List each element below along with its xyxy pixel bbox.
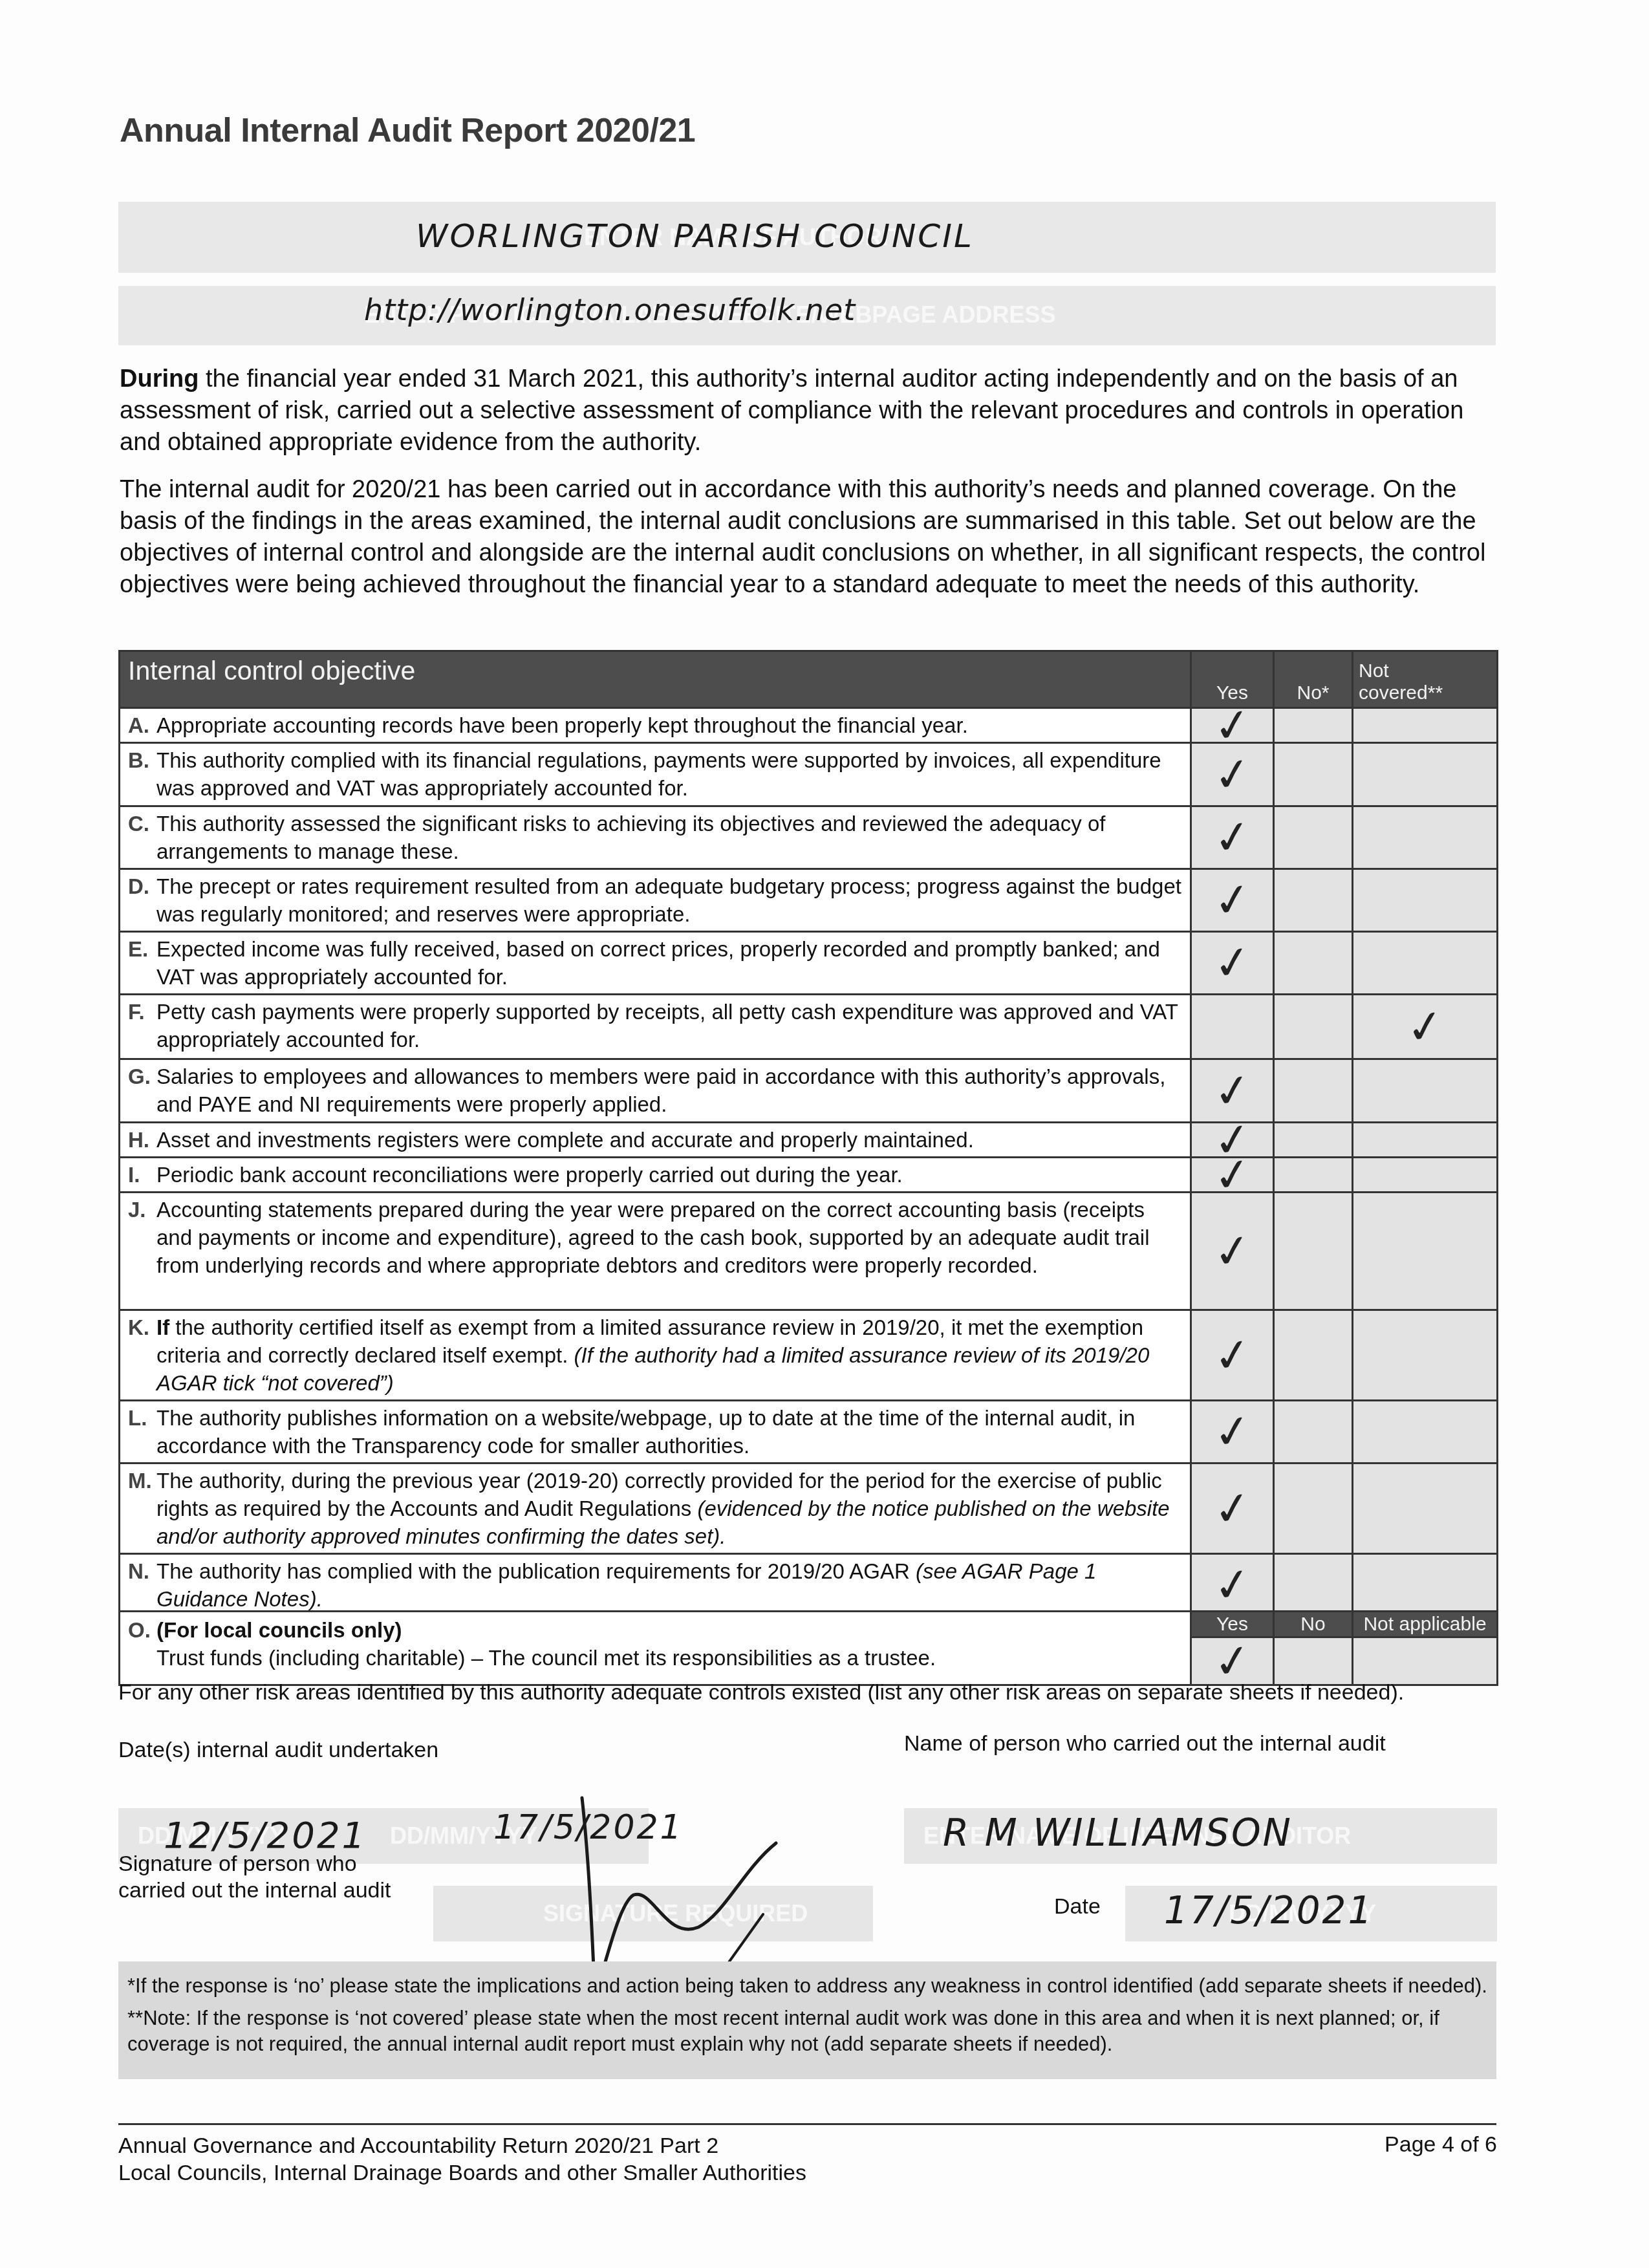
answer-not-covered-checkbox[interactable] [1353,743,1498,806]
objective-text: B.This authority complied with its finan… [120,743,1191,806]
objective-description: Appropriate accounting records have been… [156,711,1182,739]
table-row: E.Expected income was fully received, ba… [120,932,1498,995]
answer-no-checkbox[interactable] [1274,1310,1353,1401]
trust-funds-table: O. (For local councils only) Trust funds… [118,1610,1498,1686]
answer-not-covered-checkbox[interactable] [1353,1123,1498,1158]
answer-no-checkbox[interactable] [1274,743,1353,806]
answer-yes-checkbox[interactable]: ✓ [1191,708,1274,743]
objective-main-text: Periodic bank account reconciliations we… [156,1163,903,1187]
objective-letter: L. [128,1404,156,1460]
trust-header-yes: Yes [1191,1612,1274,1637]
answer-no-checkbox[interactable] [1274,1059,1353,1123]
objective-letter: N. [128,1557,156,1613]
checkmark-icon: ✓ [1211,1330,1255,1380]
objective-letter: M. [128,1467,156,1550]
checkmark-icon: ✓ [1211,1066,1255,1116]
answer-no-checkbox[interactable] [1274,869,1353,932]
answer-yes-checkbox[interactable]: ✓ [1191,1310,1274,1401]
objective-letter: H. [128,1126,156,1154]
trust-no-checkbox[interactable] [1274,1637,1353,1685]
signature-label-line1: Signature of person who [118,1851,391,1877]
answer-yes-checkbox[interactable]: ✓ [1191,1193,1274,1310]
trust-funds-objective: O. (For local councils only) Trust funds… [120,1612,1191,1685]
objective-text: K.If the authority certified itself as e… [120,1310,1191,1401]
page-number: Page 4 of 6 [1385,2132,1497,2157]
trust-funds-text: Trust funds (including charitable) – The… [128,1646,936,1670]
objective-text: M.The authority, during the previous yea… [120,1463,1191,1554]
objective-main-text: This authority assessed the significant … [156,812,1105,863]
table-row: C.This authority assessed the significan… [120,806,1498,869]
objective-description: Petty cash payments were properly suppor… [156,998,1182,1053]
objective-text: F.Petty cash payments were properly supp… [120,995,1191,1059]
answer-not-covered-checkbox[interactable]: ✓ [1353,995,1498,1059]
objective-description: This authority complied with its financi… [156,746,1182,802]
table-row: G.Salaries to employees and allowances t… [120,1059,1498,1123]
objective-description: If the authority certified itself as exe… [156,1313,1182,1397]
table-header-row: Internal control objective Yes No* Not c… [120,651,1498,708]
checkmark-icon: ✓ [1211,1484,1255,1533]
table-row: F.Petty cash payments were properly supp… [120,995,1498,1059]
objective-text: G.Salaries to employees and allowances t… [120,1059,1191,1123]
objective-description: Asset and investments registers were com… [156,1126,1182,1154]
answer-not-covered-checkbox[interactable] [1353,1158,1498,1193]
answer-yes-checkbox[interactable]: ✓ [1191,1158,1274,1193]
auditor-name-handwritten: R M WILLIAMSON [943,1811,1293,1855]
table-row: M.The authority, during the previous yea… [120,1463,1498,1554]
objective-description: Salaries to employees and allowances to … [156,1063,1182,1118]
authority-website-handwritten: http://worlington.onesuffolk.net [364,292,856,327]
objective-letter: C. [128,810,156,865]
answer-no-checkbox[interactable] [1274,1463,1353,1554]
header-not-covered: Not covered** [1353,651,1498,708]
answer-yes-checkbox[interactable]: ✓ [1191,806,1274,869]
table-row: J.Accounting statements prepared during … [120,1193,1498,1310]
checkmark-icon: ✓ [1211,1636,1255,1686]
checkmark-icon: ✓ [1211,1560,1255,1610]
objective-letter: F. [128,998,156,1053]
answer-yes-checkbox[interactable]: ✓ [1191,1401,1274,1463]
auditor-name-field[interactable]: ENTER NAME OF INTERNAL AUDITOR R M WILLI… [904,1808,1497,1864]
intro-paragraph-2: The internal audit for 2020/21 has been … [120,474,1500,601]
auditor-name-label: Name of person who carried out the inter… [904,1731,1386,1757]
signed-date-label: Date [1054,1894,1101,1920]
answer-not-covered-checkbox[interactable] [1353,1554,1498,1617]
other-risk-statement: For any other risk areas identified by t… [118,1680,1404,1705]
objective-text: I.Periodic bank account reconciliations … [120,1158,1191,1193]
objective-main-text: Appropriate accounting records have been… [156,713,968,737]
trust-na-checkbox[interactable] [1353,1637,1498,1685]
table-row: L.The authority publishes information on… [120,1401,1498,1463]
trust-header-no: No [1274,1612,1353,1637]
objective-text: N.The authority has complied with the pu… [120,1554,1191,1617]
objective-description: Accounting statements prepared during th… [156,1196,1182,1279]
answer-no-checkbox[interactable] [1274,932,1353,995]
authority-website-field[interactable]: ENTER PUBLICLY AVAILABLE WEBSITE/WEBPAGE… [118,286,1496,345]
objective-description: This authority assessed the significant … [156,810,1182,865]
table-row: A.Appropriate accounting records have be… [120,708,1498,743]
answer-no-checkbox[interactable] [1274,1123,1353,1158]
checkmark-icon: ✓ [1211,875,1255,925]
objective-main-text: The authority publishes information on a… [156,1406,1135,1458]
objective-letter: K. [128,1313,156,1397]
header-objective: Internal control objective [120,651,1191,708]
intro-paragraph-1-text: the financial year ended 31 March 2021, … [120,365,1463,456]
answer-not-covered-checkbox[interactable] [1353,1193,1498,1310]
checkmark-icon: ✓ [1211,1407,1255,1456]
signed-date-field[interactable]: DD/MM/YYYY 17/5/2021 [1125,1886,1497,1941]
objective-main-text: Salaries to employees and allowances to … [156,1064,1165,1116]
table-row: D.The precept or rates requirement resul… [120,869,1498,932]
trust-header-na: Not applicable [1353,1612,1498,1637]
answer-not-covered-checkbox[interactable] [1353,869,1498,932]
objective-letter: E. [128,935,156,991]
authority-name-handwritten: WORLINGTON PARISH COUNCIL [416,217,974,255]
objective-main-text: Petty cash payments were properly suppor… [156,1000,1178,1052]
answer-no-checkbox[interactable] [1274,806,1353,869]
signature-label: Signature of person who carried out the … [118,1851,391,1904]
objective-letter: A. [128,711,156,739]
footer-publication: Annual Governance and Accountability Ret… [118,2132,806,2187]
objective-text: H.Asset and investments registers were c… [120,1123,1191,1158]
answer-yes-checkbox[interactable]: ✓ [1191,932,1274,995]
checkmark-icon: ✓ [1211,750,1255,799]
objective-description: The authority publishes information on a… [156,1404,1182,1460]
answer-not-covered-checkbox[interactable] [1353,1401,1498,1463]
objective-description: Expected income was fully received, base… [156,935,1182,991]
answer-not-covered-checkbox[interactable] [1353,1463,1498,1554]
answer-not-covered-checkbox[interactable] [1353,1059,1498,1123]
answer-not-covered-checkbox[interactable] [1353,932,1498,995]
checkmark-icon: ✓ [1403,1002,1447,1052]
answer-not-covered-checkbox[interactable] [1353,1310,1498,1401]
signed-date-handwritten: 17/5/2021 [1164,1888,1374,1932]
table-row: H.Asset and investments registers were c… [120,1123,1498,1158]
objective-text: D.The precept or rates requirement resul… [120,869,1191,932]
objective-main-text: Accounting statements prepared during th… [156,1198,1150,1277]
signature-label-line2: carried out the internal audit [118,1877,391,1904]
objective-main-text: Expected income was fully received, base… [156,937,1160,989]
answer-no-checkbox[interactable] [1274,1554,1353,1617]
objective-text: J.Accounting statements prepared during … [120,1193,1191,1310]
header-not-covered-line2: covered** [1359,682,1443,704]
objective-main-text: Asset and investments registers were com… [156,1128,974,1152]
document-title: Annual Internal Audit Report 2020/21 [120,111,695,150]
answer-yes-checkbox[interactable] [1191,995,1274,1059]
objective-description: The precept or rates requirement resulte… [156,872,1182,928]
objective-letter: G. [128,1063,156,1118]
audit-dates-label: Date(s) internal audit undertaken [118,1737,438,1764]
answer-no-checkbox[interactable] [1274,1158,1353,1193]
answer-yes-checkbox[interactable]: ✓ [1191,1463,1274,1554]
answer-yes-checkbox[interactable]: ✓ [1191,743,1274,806]
answer-yes-checkbox[interactable]: ✓ [1191,869,1274,932]
objective-description: Periodic bank account reconciliations we… [156,1161,1182,1189]
answer-yes-checkbox[interactable]: ✓ [1191,1554,1274,1617]
objective-main-text: This authority complied with its financi… [156,748,1161,800]
header-not-covered-line1: Not [1359,660,1389,682]
objective-letter: B. [128,746,156,802]
objective-bold-lead: If [156,1315,169,1339]
answer-no-checkbox[interactable] [1274,708,1353,743]
trust-yes-checkbox[interactable]: ✓ [1191,1637,1274,1685]
objective-text: A.Appropriate accounting records have be… [120,708,1191,743]
objective-text: C.This authority assessed the significan… [120,806,1191,869]
answer-not-covered-checkbox[interactable] [1353,708,1498,743]
internal-control-table: Internal control objective Yes No* Not c… [118,650,1498,1617]
header-no: No* [1274,651,1353,708]
table-row: N.The authority has complied with the pu… [120,1554,1498,1617]
intro-paragraph-1: During the financial year ended 31 March… [120,363,1500,459]
footer-divider [118,2123,1496,2125]
checkmark-icon: ✓ [1211,812,1255,862]
objective-letter: I. [128,1161,156,1189]
objective-main-text: The precept or rates requirement resulte… [156,874,1181,926]
answer-no-checkbox[interactable] [1274,1401,1353,1463]
objective-description: The authority, during the previous year … [156,1467,1182,1550]
objective-main-text: The authority has complied with the publ… [156,1559,916,1583]
objective-letter: D. [128,872,156,928]
note-no-response: *If the response is ‘no’ please state th… [127,1973,1487,1999]
table-row: K.If the authority certified itself as e… [120,1310,1498,1401]
note-not-covered: **Note: If the response is ‘not covered’… [127,2005,1487,2057]
table-row: I.Periodic bank account reconciliations … [120,1158,1498,1193]
checkmark-icon: ✓ [1211,938,1255,988]
authority-name-field[interactable]: ENTER NAME OF AUTHORITY WORLINGTON PARIS… [118,202,1496,273]
footer-line-1: Annual Governance and Accountability Ret… [118,2132,806,2159]
intro-bold-lead: During [120,365,199,393]
checkmark-icon: ✓ [1211,1226,1255,1276]
trust-funds-title: (For local councils only) [156,1618,402,1642]
trust-funds-letter: O. [128,1618,151,1642]
trust-funds-header-row: O. (For local councils only) Trust funds… [120,1612,1498,1637]
footer-line-2: Local Councils, Internal Drainage Boards… [118,2159,806,2187]
answer-no-checkbox[interactable] [1274,995,1353,1059]
answer-no-checkbox[interactable] [1274,1193,1353,1310]
table-row: B.This authority complied with its finan… [120,743,1498,806]
objective-letter: J. [128,1196,156,1279]
objective-description: The authority has complied with the publ… [156,1557,1182,1613]
objective-text: L.The authority publishes information on… [120,1401,1191,1463]
notes-box: *If the response is ‘no’ please state th… [118,1961,1496,2079]
answer-not-covered-checkbox[interactable] [1353,806,1498,869]
objective-text: E.Expected income was fully received, ba… [120,932,1191,995]
